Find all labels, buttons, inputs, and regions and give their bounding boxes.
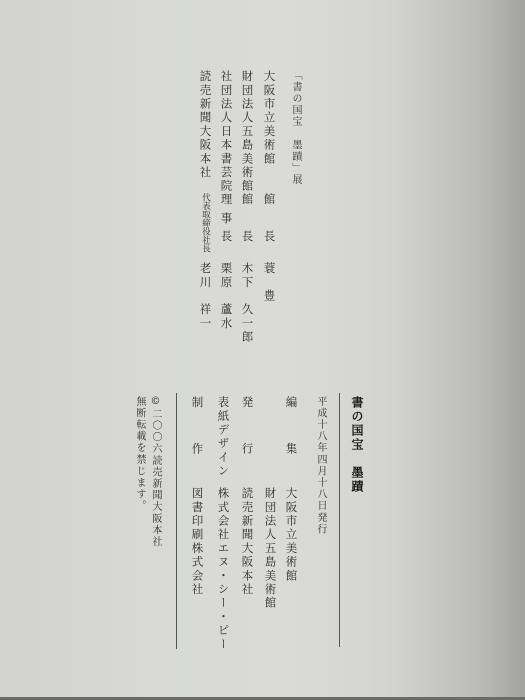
- cover-design-value: 株式会社エヌ・シー・ピー: [217, 487, 229, 651]
- editor-value-1: 大阪市立美術館: [285, 487, 297, 583]
- role-publisher: 発 行: [241, 396, 253, 458]
- book-title: 書の国宝 墨蹟: [351, 396, 363, 494]
- copyright-notice: ©二〇〇六読売新聞大阪本社: [150, 396, 160, 548]
- publisher-value: 読売新聞大阪本社: [241, 487, 253, 597]
- colophon-rule-left: [176, 393, 177, 649]
- role-cover-design: 表紙デザイン: [217, 396, 229, 478]
- organizer-name-1: 蓑 豊: [263, 262, 275, 303]
- organizer-name-4: 老川 祥一: [199, 262, 211, 331]
- publication-date: 平成十八年四月十八日発行: [315, 396, 325, 535]
- colophon-page: 「書の国宝 墨蹟」展 大阪市立美術館 館 長 蓑 豊 財団法人五島美術館 館 長…: [0, 0, 525, 700]
- rights-notice: 無断転載を禁じます。: [134, 396, 144, 512]
- organizer-org-3: 社団法人日本書芸院: [220, 70, 232, 193]
- exhibition-title: 「書の国宝 墨蹟」展: [290, 70, 300, 186]
- organizer-title2-2: 長: [241, 230, 253, 244]
- organizer-title2-1: 長: [263, 230, 275, 244]
- organizer-org-2: 財団法人五島美術館: [241, 70, 253, 193]
- organizer-title-3: 理: [220, 193, 232, 207]
- organizer-title2-3: 長: [220, 230, 232, 244]
- organizer-org-1: 大阪市立美術館: [263, 70, 275, 166]
- organizer-title-mid-3: 事: [220, 212, 232, 226]
- colophon-rule-right: [339, 393, 340, 647]
- role-production: 制 作: [191, 396, 203, 458]
- organizer-title-4: 代表取締役社長: [201, 193, 210, 253]
- organizer-name-3: 栗原 蘆水: [220, 262, 232, 331]
- role-editor: 編 集: [285, 396, 297, 458]
- organizer-name-2: 木下 久一郎: [241, 262, 253, 344]
- production-value: 図書印刷株式会社: [191, 487, 203, 597]
- organizer-org-4: 読売新聞大阪本社: [199, 70, 211, 180]
- editor-value-2: 財団法人五島美術館: [264, 487, 276, 610]
- organizer-title-1: 館: [263, 193, 275, 207]
- organizer-title-2: 館: [241, 193, 253, 207]
